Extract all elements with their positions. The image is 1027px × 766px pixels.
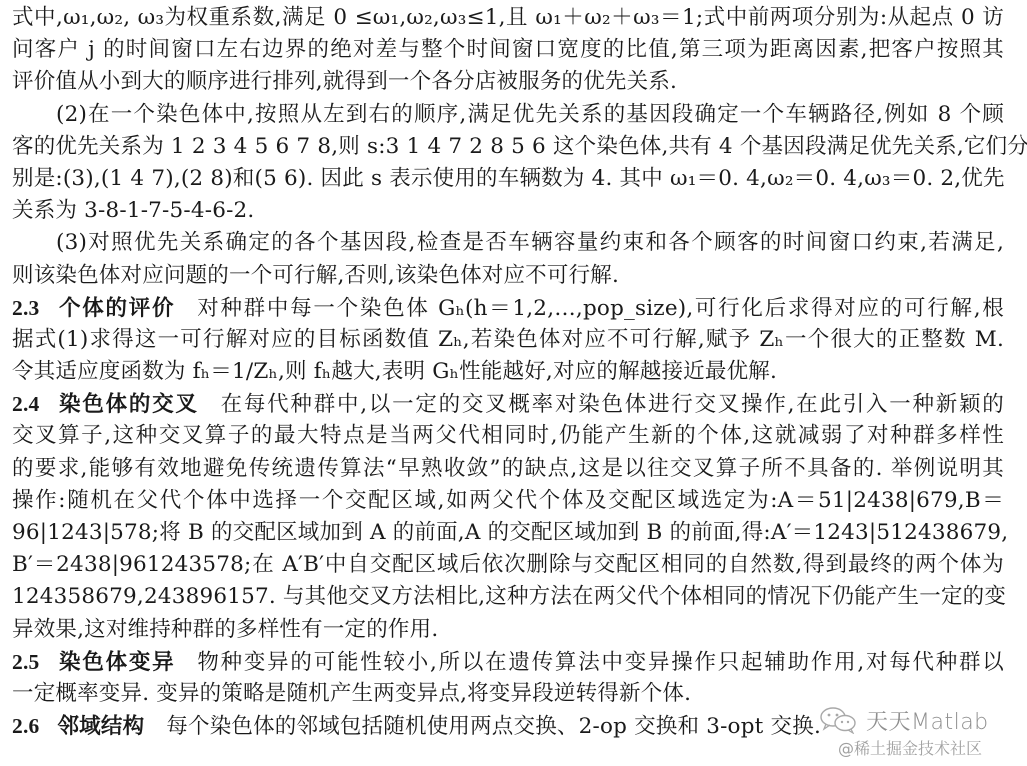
section-2-5-heading-line: 2.5染色体变异物种变异的可能性较小,所以在遗传算法中变异操作只起辅助作用,对每…	[12, 646, 1004, 678]
section-text: 每个染色体的邻域包括随机使用两点交换、2-op 交换和 3-opt 交换.	[166, 714, 821, 739]
text-line: 别是:(3),(1 4 7),(2 8)和(5 6). 因此 s 表示使用的车辆…	[12, 163, 1004, 195]
text-line: B′＝2438|961243578;在 A′B′中自交配区域后依次删除与交配区相…	[12, 549, 1004, 581]
text-line: 式中,ω₁,ω₂, ω₃为权重系数,满足 0 ≤ω₁,ω₂,ω₃≤1,且 ω₁＋…	[12, 2, 1004, 34]
text-line: 则该染色体对应问题的一个可行解,否则,该染色体对应不可行解.	[12, 260, 1004, 292]
watermark-brand: 天天Matlab	[866, 705, 989, 736]
section-text: 对种群中每一个染色体 Gₕ(h＝1,2,…,pop_size),可行化后求得对应…	[197, 296, 1004, 321]
text-line: 关系为 3-8-1-7-5-4-6-2.	[12, 195, 1004, 227]
watermark: 天天Matlab @稀土掘金技术社区	[818, 706, 1023, 764]
text-line: 问客户 j 的时间窗口左右边界的绝对差与整个时间窗口宽度的比值,第三项为距离因素…	[12, 34, 1004, 66]
section-title: 个体的评价	[57, 296, 175, 321]
wechat-icon	[818, 706, 860, 734]
text-line: 124358679,243896157. 与其他交叉方法相比,这种方法在两父代个…	[12, 581, 1004, 613]
section-title: 染色体变异	[57, 650, 175, 675]
section-title: 染色体的交叉	[57, 392, 198, 417]
section-number: 2.4	[12, 392, 39, 416]
paragraph-step-3: (3)对照优先关系确定的各个基因段,检查是否车辆容量约束和各个顾客的时间窗口约束…	[12, 227, 1004, 259]
text-line: 96|1243|578;将 B 的交配区域加到 A 的前面,A 的交配区域加到 …	[12, 517, 1004, 549]
document-body: 式中,ω₁,ω₂, ω₃为权重系数,满足 0 ≤ω₁,ω₂,ω₃≤1,且 ω₁＋…	[12, 2, 1004, 742]
section-number: 2.3	[12, 296, 39, 320]
paragraph-step-2: (2)在一个染色体中,按照从左到右的顺序,满足优先关系的基因段确定一个车辆路径,…	[12, 99, 1004, 131]
text-line: 的要求,能够有效地避免传统遗传算法“早熟收敛”的缺点,这是以往交叉算子所不具备的…	[12, 453, 1004, 485]
section-2-3-heading-line: 2.3个体的评价对种群中每一个染色体 Gₕ(h＝1,2,…,pop_size),…	[12, 292, 1004, 324]
text-line: 据式(1)求得这一可行解对应的目标函数值 Zₕ,若染色体对应不可行解,赋予 Zₕ…	[12, 324, 1004, 356]
section-text: 物种变异的可能性较小,所以在遗传算法中变异操作只起辅助作用,对每代种群以	[197, 650, 1004, 675]
text-line: 客的优先关系为 1 2 3 4 5 6 7 8,则 s:3 1 4 7 2 8 …	[12, 131, 1004, 163]
text-line: 操作:随机在父代个体中选择一个交配区域,如两父代个体及交配区域选定为:A＝51|…	[12, 485, 1004, 517]
section-2-4-heading-line: 2.4染色体的交叉在每代种群中,以一定的交叉概率对染色体进行交叉操作,在此引入一…	[12, 388, 1004, 420]
section-title: 邻域结构	[57, 714, 144, 739]
section-text: 在每代种群中,以一定的交叉概率对染色体进行交叉操作,在此引入一种新颖的	[221, 392, 1004, 417]
text-line: 交叉算子,这种交叉算子的最大特点是当两父代相同时,仍能产生新的个体,这就减弱了对…	[12, 420, 1004, 452]
section-number: 2.6	[12, 714, 39, 738]
text-line: 评价值从小到大的顺序进行排列,就得到一个各分店被服务的优先关系.	[12, 66, 1004, 98]
text-line: 令其适应度函数为 fₕ＝1/Zₕ,则 fₕ越大,表明 Gₕ性能越好,对应的解越接…	[12, 356, 1004, 388]
text-line: 异效果,这对维持种群的多样性有一定的作用.	[12, 614, 1004, 646]
watermark-credit: @稀土掘金技术社区	[818, 736, 1023, 759]
section-number: 2.5	[12, 650, 39, 674]
